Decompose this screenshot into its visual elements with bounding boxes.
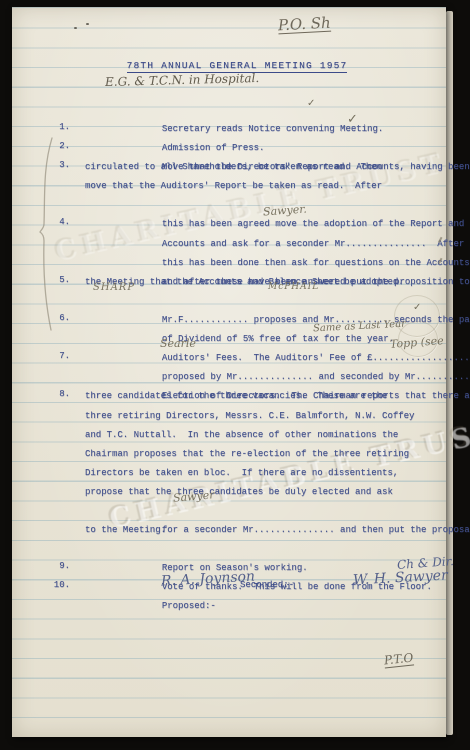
item-number: 8.: [42, 385, 70, 404]
seconder-name-handwriting: Topp (see: [389, 331, 444, 354]
checkmark-icon: ✓: [413, 298, 421, 317]
item-number: 4.: [42, 213, 70, 232]
proposed-label: Proposed:-: [162, 601, 216, 611]
proposed-seconded-row: Proposed:- R. A. Joynson Seconded:- W. H…: [85, 576, 436, 595]
staple-mark: [86, 23, 89, 25]
agenda-line: propose that the three candidates be dul…: [85, 481, 436, 500]
item-text: move that the Auditors' Report be taken …: [85, 181, 382, 191]
item-number: 3.: [42, 156, 70, 175]
agenda-line: circulated to all Shareholders, be taken…: [85, 156, 436, 175]
item-text: and T.C. Nuttall. In the absence of othe…: [85, 430, 398, 440]
agenda-line: to the Meeting.: [85, 519, 436, 538]
agenda-line: proposed by Mr.............. and seconde…: [85, 347, 436, 366]
proposer-name-handwriting: SHARP: [93, 278, 135, 297]
agenda-line: 3.Move that the Directors' Report and Ac…: [85, 137, 436, 156]
ruled-paper: CHARITABLE TRUST CHARITABLE TRUST P.O. S…: [12, 7, 446, 737]
scanned-agenda-page: CHARITABLE TRUST CHARITABLE TRUST P.O. S…: [0, 0, 470, 750]
agenda-list: 1.Secretary reads Notice convening Meeti…: [85, 99, 436, 595]
agenda-line: 4.this has been agreed move the adoption…: [85, 194, 436, 213]
item-text: Directors be taken en bloc. If there are…: [85, 468, 398, 478]
agenda-line: the Meeting that the Accounts and Balanc…: [85, 271, 436, 290]
item-text: three retiring Directors, Messrs. C.E. B…: [85, 411, 414, 421]
item-number: 7.: [42, 347, 70, 366]
pto-note-handwriting: P.T.O: [383, 651, 414, 668]
seconder-name-handwriting: McPHAIL: [268, 278, 319, 297]
proposer-name-handwriting: Searle: [160, 334, 196, 353]
agenda-line: move that the Auditors' Report be taken …: [85, 175, 436, 194]
checkmark-icon: ✓: [347, 110, 358, 129]
seconder-name-handwriting: Sawyer.: [262, 199, 307, 221]
agenda-line: for a seconder Mr............... and the…: [85, 500, 436, 519]
item-text: three candidates for the three vacancies…: [85, 391, 387, 401]
agenda-line: 8.Election of Directors. The Chairman re…: [85, 366, 436, 385]
item-text: Chairman proposes that the re-election o…: [85, 449, 409, 459]
item-text: propose that the three candidates be dul…: [85, 487, 393, 497]
agenda-line: Directors be taken en bloc. If there are…: [85, 462, 436, 481]
title-row: 78TH ANNUAL GENERAL MEETING 1957: [72, 55, 402, 73]
hospital-note-handwriting: E.G. & T.C.N. in Hospital.: [105, 71, 260, 89]
item-number: 6.: [42, 309, 70, 328]
agenda-line: Chairman proposes that the re-election o…: [85, 443, 436, 462]
agenda-line: Accounts and ask for a seconder Mr......…: [85, 214, 436, 233]
seconder-signature: W. H. Sawyer: [353, 567, 449, 591]
item-text: to the Meeting.: [85, 525, 166, 535]
agenda-line: 5.and after these have been answered put…: [85, 252, 436, 271]
agenda-line: 6.Mr.F............ proposes and Mr......…: [85, 290, 436, 309]
corner-note-handwriting: P.O. Sh: [278, 14, 332, 35]
seconded-label: Seconded:-: [240, 576, 294, 595]
item-text: circulated to all Shareholders, be taken…: [85, 162, 382, 172]
seconder-name-handwriting: Sawyer: [172, 485, 215, 508]
item-number: 5.: [42, 271, 70, 290]
agenda-line: 7.Auditors' Fees. The Auditors' Fee of £…: [85, 328, 436, 347]
item-number: 1.: [42, 118, 70, 137]
item-number: 9.: [42, 557, 70, 576]
agenda-line: 1.Secretary reads Notice convening Meeti…: [85, 99, 436, 118]
agenda-line: three retiring Directors, Messrs. C.E. B…: [85, 405, 436, 424]
agenda-line: and T.C. Nuttall. In the absence of othe…: [85, 424, 436, 443]
item-number: 2.: [42, 137, 70, 156]
staple-mark: [74, 27, 77, 29]
item-number: 10.: [42, 576, 70, 595]
agenda-line: 9.Report on Season's working.: [85, 538, 436, 557]
checkmark-icon: ✓: [307, 94, 315, 113]
agenda-line: this has been done then ask for question…: [85, 233, 436, 252]
agenda-line: three candidates for the three vacancies…: [85, 385, 436, 404]
agenda-line: 2.Admission of Press. ✓: [85, 118, 436, 137]
